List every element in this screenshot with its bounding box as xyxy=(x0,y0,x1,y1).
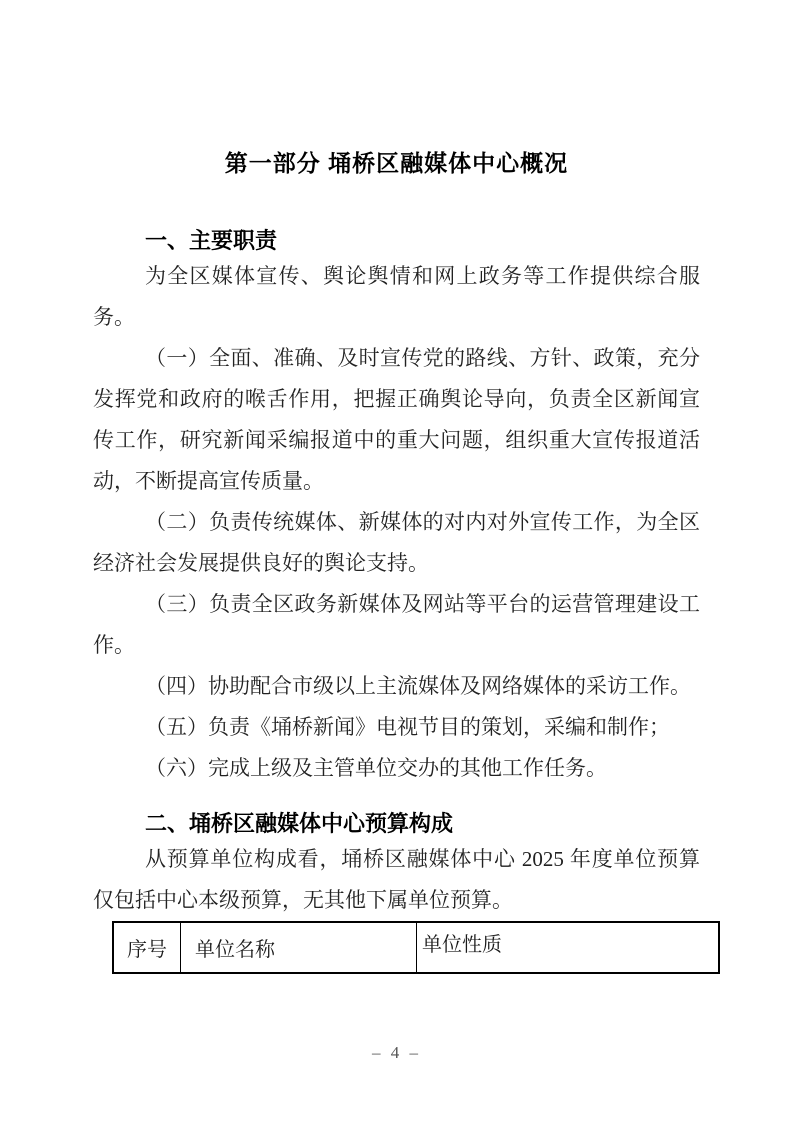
table-header-unit-name: 单位名称 xyxy=(180,923,417,972)
section-heading-budget-composition: 二、埇桥区融媒体中心预算构成 xyxy=(93,809,700,839)
section-heading-main-duties: 一、主要职责 xyxy=(93,226,700,256)
paragraph-budget-composition: 从预算单位构成看，埇桥区融媒体中心 2025 年度单位预算仅包括中心本级预算，无… xyxy=(93,839,700,921)
paragraph-duty-3: （三）负责全区政务新媒体及网站等平台的运营管理建设工作。 xyxy=(93,584,700,666)
table-header-serial-number: 序号 xyxy=(114,923,180,972)
page-title: 第一部分 埇桥区融媒体中心概况 xyxy=(93,148,700,178)
paragraph-duty-6: （六）完成上级及主管单位交办的其他工作任务。 xyxy=(93,748,700,789)
paragraph-duty-1: （一）全面、准确、及时宣传党的路线、方针、政策，充分发挥党和政府的喉舌作用，把握… xyxy=(93,338,700,502)
page-number: – 4 – xyxy=(0,1043,793,1063)
document-body: 第一部分 埇桥区融媒体中心概况 一、主要职责 为全区媒体宣传、舆论舆情和网上政务… xyxy=(93,0,700,974)
table-header-unit-type: 单位性质 xyxy=(417,923,718,972)
paragraph-duty-4: （四）协助配合市级以上主流媒体及网络媒体的采访工作。 xyxy=(93,666,700,707)
paragraph-intro: 为全区媒体宣传、舆论舆情和网上政务等工作提供综合服务。 xyxy=(93,256,700,338)
budget-units-table: 序号 单位名称 单位性质 xyxy=(112,921,720,974)
paragraph-duty-2: （二）负责传统媒体、新媒体的对内对外宣传工作，为全区经济社会发展提供良好的舆论支… xyxy=(93,502,700,584)
document-page: 第一部分 埇桥区融媒体中心概况 一、主要职责 为全区媒体宣传、舆论舆情和网上政务… xyxy=(0,0,793,1122)
paragraph-duty-5: （五）负责《埇桥新闻》电视节目的策划，采编和制作； xyxy=(93,707,700,748)
